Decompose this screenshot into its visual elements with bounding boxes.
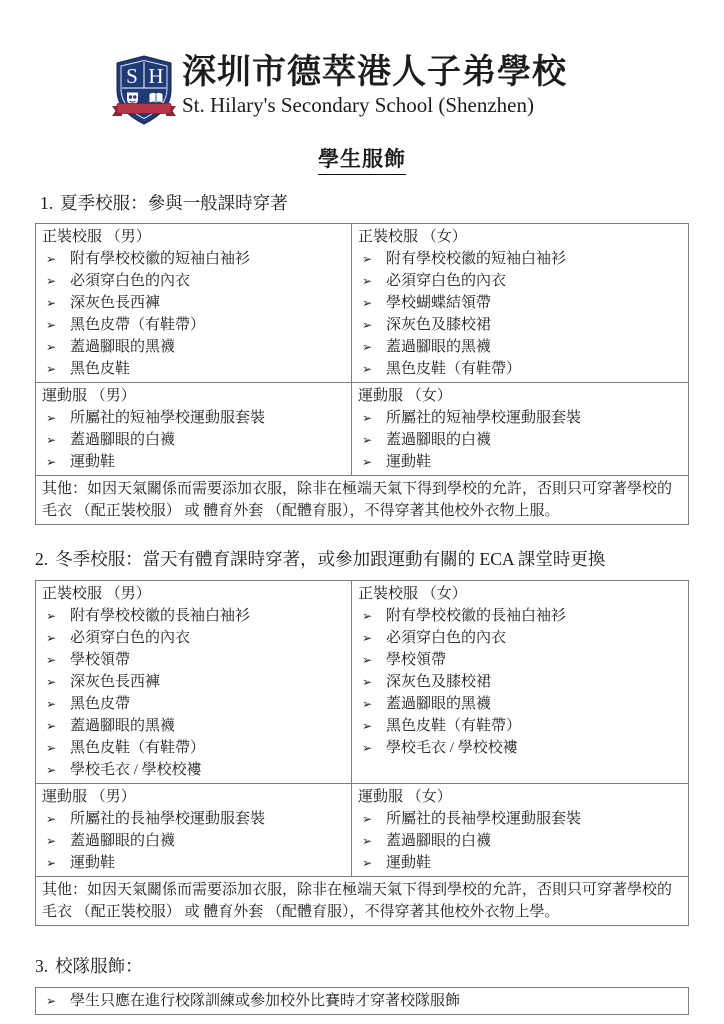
uniform-item-text: 黑色皮鞋 bbox=[70, 358, 343, 380]
arrow-bullet-icon: ➢ bbox=[358, 649, 386, 671]
arrow-bullet-icon: ➢ bbox=[42, 358, 70, 380]
uniform-item-text: 附有學校校徽的短袖白袖衫 bbox=[70, 248, 343, 270]
uniform-item: ➢ 必須穿白色的內衣 bbox=[358, 627, 680, 649]
section-heading-team: 3.校隊服飾： bbox=[35, 954, 689, 978]
uniform-item-list: ➢ 附有學校校徽的短袖白袖衫 ➢ 必須穿白色的內衣 ➢ 學校蝴蝶結領 bbox=[358, 248, 680, 380]
uniform-item: ➢ 運動鞋 bbox=[358, 852, 680, 874]
arrow-bullet-icon: ➢ bbox=[358, 336, 386, 358]
section-title: 校隊服飾： bbox=[55, 956, 143, 976]
arrow-bullet-icon: ➢ bbox=[42, 759, 70, 781]
uniform-item: ➢ 黑色皮鞋（有鞋帶） bbox=[358, 715, 680, 737]
section-heading-winter: 2.冬季校服：當天有體育課時穿著，或參加跟運動有關的 ECA 課堂時更換 bbox=[35, 547, 689, 571]
cell-title: 運動服 （男） bbox=[42, 786, 343, 808]
crest-initial-s: S bbox=[126, 64, 138, 88]
arrow-bullet-icon: ➢ bbox=[42, 270, 70, 292]
uniform-item: ➢ 必須穿白色的內衣 bbox=[42, 270, 343, 292]
uniform-item-text: 深灰色長西褲 bbox=[70, 671, 343, 693]
arrow-bullet-icon: ➢ bbox=[42, 314, 70, 336]
crest-initial-h: H bbox=[148, 64, 163, 88]
arrow-bullet-icon: ➢ bbox=[42, 451, 70, 473]
arrow-bullet-icon: ➢ bbox=[42, 605, 70, 627]
document-page: S H bbox=[0, 0, 724, 1024]
uniform-item-text: 黑色皮鞋（有鞋帶） bbox=[386, 715, 680, 737]
uniform-item-list: ➢ 所屬社的短袖學校運動服套裝 ➢ 蓋過腳眼的白襪 ➢ 運動鞋 bbox=[42, 407, 343, 473]
uniform-item: ➢ 深灰色及膝校裙 bbox=[358, 314, 680, 336]
arrow-bullet-icon: ➢ bbox=[358, 671, 386, 693]
uniform-item-text: 附有學校校徽的短袖白袖衫 bbox=[386, 248, 680, 270]
summer-other-note: 其他：如因天氣關係而需要添加衣服，除非在極端天氣下得到學校的允許，否則只可穿著學… bbox=[36, 476, 689, 525]
uniform-item-text: 運動鞋 bbox=[386, 852, 680, 874]
uniform-item: ➢ 黑色皮鞋 bbox=[42, 358, 343, 380]
uniform-item: ➢ 所屬社的短袖學校運動服套裝 bbox=[42, 407, 343, 429]
uniform-item-text: 蓋過腳眼的黑襪 bbox=[386, 693, 680, 715]
uniform-item-text: 附有學校校徽的長袖白袖衫 bbox=[386, 605, 680, 627]
winter-formal-male-cell: 正裝校服 （男） ➢ 附有學校校徽的長袖白袖衫 ➢ 必須穿白色的內衣 bbox=[36, 581, 352, 784]
arrow-bullet-icon: ➢ bbox=[358, 270, 386, 292]
uniform-item: ➢ 深灰色長西褲 bbox=[42, 292, 343, 314]
uniform-item-text: 附有學校校徽的長袖白袖衫 bbox=[70, 605, 343, 627]
uniform-item: ➢ 蓋過腳眼的白襪 bbox=[358, 429, 680, 451]
winter-sports-female-cell: 運動服 （女） ➢ 所屬社的長袖學校運動服套裝 ➢ 蓋過腳眼的白襪 bbox=[352, 784, 689, 877]
uniform-item: ➢ 學校領帶 bbox=[42, 649, 343, 671]
uniform-item: ➢ 附有學校校徽的短袖白袖衫 bbox=[358, 248, 680, 270]
uniform-item-list: ➢ 所屬社的長袖學校運動服套裝 ➢ 蓋過腳眼的白襪 ➢ 運動鞋 bbox=[42, 808, 343, 874]
arrow-bullet-icon: ➢ bbox=[42, 292, 70, 314]
arrow-bullet-icon: ➢ bbox=[358, 407, 386, 429]
school-name-chinese: 深圳市德萃港人子弟學校 bbox=[182, 52, 567, 92]
arrow-bullet-icon: ➢ bbox=[42, 429, 70, 451]
uniform-item-text: 深灰色及膝校裙 bbox=[386, 314, 680, 336]
summer-formal-male-cell: 正裝校服 （男） ➢ 附有學校校徽的短袖白袖衫 ➢ 必須穿白色的內衣 bbox=[36, 224, 352, 383]
document-title: 學生服飾 bbox=[35, 143, 689, 175]
uniform-item-text: 深灰色長西褲 bbox=[70, 292, 343, 314]
uniform-item-list: ➢ 附有學校校徽的長袖白袖衫 ➢ 必須穿白色的內衣 ➢ 學校領帶 bbox=[42, 605, 343, 781]
arrow-bullet-icon: ➢ bbox=[358, 314, 386, 336]
cell-title: 運動服 （女） bbox=[358, 786, 680, 808]
uniform-item-text: 蓋過腳眼的白襪 bbox=[386, 429, 680, 451]
arrow-bullet-icon: ➢ bbox=[358, 627, 386, 649]
uniform-item-text: 必須穿白色的內衣 bbox=[386, 627, 680, 649]
uniform-item: ➢ 必須穿白色的內衣 bbox=[358, 270, 680, 292]
uniform-item-text: 黑色皮帶（有鞋帶） bbox=[70, 314, 343, 336]
uniform-item: ➢ 學生只應在進行校隊訓練或參加校外比賽時才穿著校隊服飾 bbox=[42, 990, 680, 1012]
arrow-bullet-icon: ➢ bbox=[42, 852, 70, 874]
arrow-bullet-icon: ➢ bbox=[358, 292, 386, 314]
arrow-bullet-icon: ➢ bbox=[358, 830, 386, 852]
arrow-bullet-icon: ➢ bbox=[358, 693, 386, 715]
winter-uniform-table: 正裝校服 （男） ➢ 附有學校校徽的長袖白袖衫 ➢ 必須穿白色的內衣 bbox=[35, 580, 689, 926]
section-title: 夏季校服：參與一般課時穿著 bbox=[60, 193, 288, 213]
uniform-item: ➢ 蓋過腳眼的白襪 bbox=[42, 830, 343, 852]
uniform-item-text: 必須穿白色的內衣 bbox=[70, 627, 343, 649]
uniform-item: ➢ 學校毛衣 / 學校校褸 bbox=[358, 737, 680, 759]
cell-title: 正裝校服 （女） bbox=[358, 226, 680, 248]
arrow-bullet-icon: ➢ bbox=[42, 693, 70, 715]
header-title-block: 深圳市德萃港人子弟學校 St. Hilary's Secondary Schoo… bbox=[182, 52, 567, 117]
arrow-bullet-icon: ➢ bbox=[358, 248, 386, 270]
uniform-item-text: 所屬社的短袖學校運動服套裝 bbox=[70, 407, 343, 429]
arrow-bullet-icon: ➢ bbox=[42, 715, 70, 737]
arrow-bullet-icon: ➢ bbox=[42, 627, 70, 649]
uniform-item-list: ➢ 附有學校校徽的短袖白袖衫 ➢ 必須穿白色的內衣 ➢ 深灰色長西褲 bbox=[42, 248, 343, 380]
summer-formal-female-cell: 正裝校服 （女） ➢ 附有學校校徽的短袖白袖衫 ➢ 必須穿白色的內衣 bbox=[352, 224, 689, 383]
summer-uniform-table: 正裝校服 （男） ➢ 附有學校校徽的短袖白袖衫 ➢ 必須穿白色的內衣 bbox=[35, 223, 689, 525]
school-name-english: St. Hilary's Secondary School (Shenzhen) bbox=[182, 93, 567, 117]
uniform-item: ➢ 運動鞋 bbox=[42, 451, 343, 473]
uniform-item: ➢ 黑色皮鞋（有鞋帶） bbox=[42, 737, 343, 759]
uniform-item-text: 學校領帶 bbox=[386, 649, 680, 671]
uniform-item: ➢ 附有學校校徽的長袖白袖衫 bbox=[358, 605, 680, 627]
uniform-item-text: 蓋過腳眼的白襪 bbox=[386, 830, 680, 852]
uniform-item: ➢ 黑色皮鞋（有鞋帶） bbox=[358, 358, 680, 380]
document-header: S H bbox=[112, 0, 689, 126]
cell-title: 正裝校服 （女） bbox=[358, 583, 680, 605]
cell-title: 運動服 （女） bbox=[358, 385, 680, 407]
uniform-item: ➢ 所屬社的長袖學校運動服套裝 bbox=[358, 808, 680, 830]
arrow-bullet-icon: ➢ bbox=[358, 852, 386, 874]
uniform-item: ➢ 黑色皮帶 bbox=[42, 693, 343, 715]
uniform-item-text: 學生只應在進行校隊訓練或參加校外比賽時才穿著校隊服飾 bbox=[70, 990, 680, 1012]
arrow-bullet-icon: ➢ bbox=[42, 737, 70, 759]
uniform-item: ➢ 深灰色及膝校裙 bbox=[358, 671, 680, 693]
arrow-bullet-icon: ➢ bbox=[358, 451, 386, 473]
summer-sports-male-cell: 運動服 （男） ➢ 所屬社的短袖學校運動服套裝 ➢ 蓋過腳眼的白襪 bbox=[36, 383, 352, 476]
uniform-item-list: ➢ 所屬社的長袖學校運動服套裝 ➢ 蓋過腳眼的白襪 ➢ 運動鞋 bbox=[358, 808, 680, 874]
winter-other-note: 其他：如因天氣關係而需要添加衣服，除非在極端天氣下得到學校的允許，否則只可穿著學… bbox=[36, 877, 689, 926]
uniform-item-text: 必須穿白色的內衣 bbox=[386, 270, 680, 292]
uniform-item-text: 學校毛衣 / 學校校褸 bbox=[70, 759, 343, 781]
arrow-bullet-icon: ➢ bbox=[42, 248, 70, 270]
section-number: 1. bbox=[40, 193, 53, 213]
arrow-bullet-icon: ➢ bbox=[42, 830, 70, 852]
uniform-item: ➢ 蓋過腳眼的黑襪 bbox=[358, 336, 680, 358]
arrow-bullet-icon: ➢ bbox=[358, 605, 386, 627]
uniform-item: ➢ 深灰色長西褲 bbox=[42, 671, 343, 693]
uniform-item: ➢ 蓋過腳眼的黑襪 bbox=[42, 715, 343, 737]
uniform-item-text: 學校毛衣 / 學校校褸 bbox=[386, 737, 680, 759]
arrow-bullet-icon: ➢ bbox=[358, 429, 386, 451]
uniform-item-text: 必須穿白色的內衣 bbox=[70, 270, 343, 292]
uniform-item: ➢ 所屬社的長袖學校運動服套裝 bbox=[42, 808, 343, 830]
arrow-bullet-icon: ➢ bbox=[42, 649, 70, 671]
uniform-item: ➢ 學校蝴蝶結領帶 bbox=[358, 292, 680, 314]
uniform-item-list: ➢ 所屬社的短袖學校運動服套裝 ➢ 蓋過腳眼的白襪 ➢ 運動鞋 bbox=[358, 407, 680, 473]
uniform-item: ➢ 必須穿白色的內衣 bbox=[42, 627, 343, 649]
uniform-item-text: 蓋過腳眼的黑襪 bbox=[70, 336, 343, 358]
uniform-item-text: 蓋過腳眼的黑襪 bbox=[386, 336, 680, 358]
uniform-item: ➢ 附有學校校徽的短袖白袖衫 bbox=[42, 248, 343, 270]
cell-title: 運動服 （男） bbox=[42, 385, 343, 407]
arrow-bullet-icon: ➢ bbox=[42, 808, 70, 830]
uniform-item: ➢ 蓋過腳眼的白襪 bbox=[42, 429, 343, 451]
winter-sports-male-cell: 運動服 （男） ➢ 所屬社的長袖學校運動服套裝 ➢ 蓋過腳眼的白襪 bbox=[36, 784, 352, 877]
uniform-item-text: 學校蝴蝶結領帶 bbox=[386, 292, 680, 314]
uniform-item-list: ➢ 附有學校校徽的長袖白袖衫 ➢ 必須穿白色的內衣 ➢ 學校領帶 bbox=[358, 605, 680, 759]
arrow-bullet-icon: ➢ bbox=[358, 808, 386, 830]
uniform-item-text: 黑色皮帶 bbox=[70, 693, 343, 715]
uniform-item: ➢ 蓋過腳眼的黑襪 bbox=[42, 336, 343, 358]
arrow-bullet-icon: ➢ bbox=[42, 336, 70, 358]
uniform-item-text: 學校領帶 bbox=[70, 649, 343, 671]
team-attire-cell: ➢ 學生只應在進行校隊訓練或參加校外比賽時才穿著校隊服飾 bbox=[36, 988, 689, 1015]
section-number: 2. bbox=[35, 549, 48, 569]
uniform-item-text: 運動鞋 bbox=[70, 852, 343, 874]
summer-sports-female-cell: 運動服 （女） ➢ 所屬社的短袖學校運動服套裝 ➢ 蓋過腳眼的白襪 bbox=[352, 383, 689, 476]
uniform-item-list: ➢ 學生只應在進行校隊訓練或參加校外比賽時才穿著校隊服飾 bbox=[42, 990, 680, 1012]
uniform-item-text: 蓋過腳眼的白襪 bbox=[70, 429, 343, 451]
arrow-bullet-icon: ➢ bbox=[358, 737, 386, 759]
section-number: 3. bbox=[35, 956, 48, 976]
uniform-item-text: 運動鞋 bbox=[386, 451, 680, 473]
uniform-item: ➢ 運動鞋 bbox=[42, 852, 343, 874]
uniform-item-text: 所屬社的短袖學校運動服套裝 bbox=[386, 407, 680, 429]
uniform-item: ➢ 蓋過腳眼的白襪 bbox=[358, 830, 680, 852]
school-crest-logo: S H bbox=[112, 54, 176, 126]
uniform-item: ➢ 運動鞋 bbox=[358, 451, 680, 473]
uniform-item-text: 深灰色及膝校裙 bbox=[386, 671, 680, 693]
document-title-text: 學生服飾 bbox=[318, 143, 406, 175]
uniform-item-text: 黑色皮鞋（有鞋帶） bbox=[386, 358, 680, 380]
uniform-item-text: 蓋過腳眼的黑襪 bbox=[70, 715, 343, 737]
uniform-item: ➢ 蓋過腳眼的黑襪 bbox=[358, 693, 680, 715]
uniform-item: ➢ 附有學校校徽的長袖白袖衫 bbox=[42, 605, 343, 627]
uniform-item: ➢ 黑色皮帶（有鞋帶） bbox=[42, 314, 343, 336]
section-title: 冬季校服：當天有體育課時穿著，或參加跟運動有關的 ECA 課堂時更換 bbox=[55, 549, 605, 569]
arrow-bullet-icon: ➢ bbox=[358, 715, 386, 737]
cell-title: 正裝校服 （男） bbox=[42, 226, 343, 248]
section-heading-summer: 1.夏季校服：參與一般課時穿著 bbox=[40, 191, 689, 215]
arrow-bullet-icon: ➢ bbox=[42, 990, 70, 1012]
uniform-item-text: 運動鞋 bbox=[70, 451, 343, 473]
arrow-bullet-icon: ➢ bbox=[42, 407, 70, 429]
arrow-bullet-icon: ➢ bbox=[358, 358, 386, 380]
crest-emblem-book bbox=[150, 93, 163, 103]
uniform-item: ➢ 學校毛衣 / 學校校褸 bbox=[42, 759, 343, 781]
cell-title: 正裝校服 （男） bbox=[42, 583, 343, 605]
uniform-item-text: 黑色皮鞋（有鞋帶） bbox=[70, 737, 343, 759]
uniform-item-text: 所屬社的長袖學校運動服套裝 bbox=[70, 808, 343, 830]
team-attire-table: ➢ 學生只應在進行校隊訓練或參加校外比賽時才穿著校隊服飾 bbox=[35, 987, 689, 1015]
uniform-item-text: 所屬社的長袖學校運動服套裝 bbox=[386, 808, 680, 830]
uniform-item: ➢ 所屬社的短袖學校運動服套裝 bbox=[358, 407, 680, 429]
winter-formal-female-cell: 正裝校服 （女） ➢ 附有學校校徽的長袖白袖衫 ➢ 必須穿白色的內衣 bbox=[352, 581, 689, 784]
uniform-item: ➢ 學校領帶 bbox=[358, 649, 680, 671]
uniform-item-text: 蓋過腳眼的白襪 bbox=[70, 830, 343, 852]
arrow-bullet-icon: ➢ bbox=[42, 671, 70, 693]
